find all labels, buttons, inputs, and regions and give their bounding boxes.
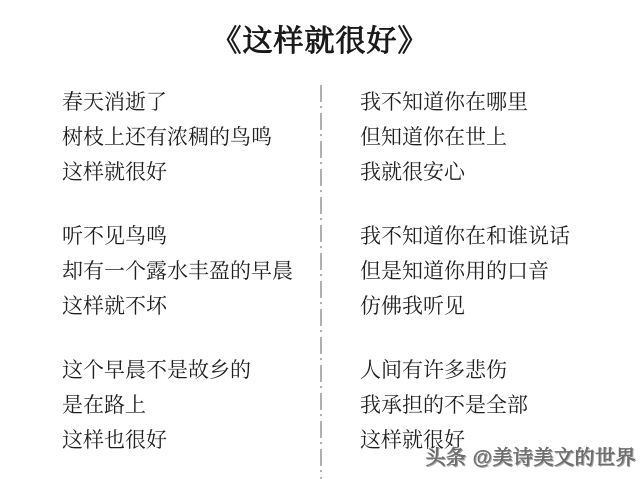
column-divider-dashed-line: [320, 85, 322, 479]
poem-line: 这样也很好: [62, 423, 293, 458]
poem-line: 树枝上还有浓稠的鸟鸣: [62, 120, 293, 155]
poem-line: 人间有许多悲伤: [360, 353, 570, 388]
poem-title: 《这样就很好》: [0, 16, 640, 60]
stanza: 春天消逝了 树枝上还有浓稠的鸟鸣 这样就很好: [62, 85, 293, 190]
poem-line: 我不知道你在和谁说话: [360, 219, 570, 254]
poem-line: 这样就不坏: [62, 289, 293, 324]
poem-line: 是在路上: [62, 388, 293, 423]
watermark: 头条 @美诗美文的世界: [425, 441, 636, 470]
stanza: 听不见鸟鸣 却有一个露水丰盈的早晨 这样就不坏: [62, 219, 293, 324]
poem-line: 春天消逝了: [62, 85, 293, 120]
poem-column-right: 我不知道你在哪里 但知道你在世上 我就很安心 我不知道你在和谁说话 但是知道你用…: [360, 85, 570, 479]
poem-line: 却有一个露水丰盈的早晨: [62, 254, 293, 289]
poem-line: 听不见鸟鸣: [62, 219, 293, 254]
watermark-text: 头条 @美诗美文的世界: [425, 447, 636, 469]
poem-line: 我就很安心: [360, 155, 570, 190]
poem-line: 这个早晨不是故乡的: [62, 353, 293, 388]
stanza: 这个早晨不是故乡的 是在路上 这样也很好: [62, 353, 293, 458]
poem-line: 我承担的不是全部: [360, 388, 570, 423]
poem-line: 这样就很好: [62, 155, 293, 190]
poem-line: 但是知道你用的口音: [360, 254, 570, 289]
poem-line: 我不知道你在哪里: [360, 85, 570, 120]
poem-line: 仿佛我听见: [360, 289, 570, 324]
stanza: 我不知道你在和谁说话 但是知道你用的口音 仿佛我听见: [360, 219, 570, 324]
poem-line: 但知道你在世上: [360, 120, 570, 155]
stanza: 我不知道你在哪里 但知道你在世上 我就很安心: [360, 85, 570, 190]
poem-column-left: 春天消逝了 树枝上还有浓稠的鸟鸣 这样就很好 听不见鸟鸣 却有一个露水丰盈的早晨…: [62, 85, 293, 479]
poem-page: 《这样就很好》 春天消逝了 树枝上还有浓稠的鸟鸣 这样就很好 听不见鸟鸣 却有一…: [0, 0, 640, 479]
